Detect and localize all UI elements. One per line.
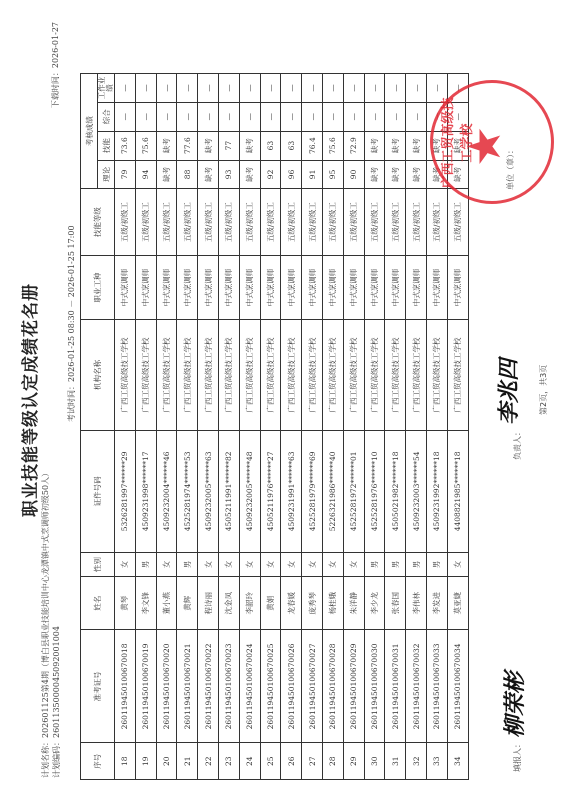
- table-row: 28260119450100670028杨桂娥女5226321986******…: [322, 74, 343, 780]
- header-job: 职业工种: [81, 255, 115, 319]
- star-icon: ★: [461, 126, 507, 167]
- cell-gender: 女: [322, 552, 343, 576]
- cell-name: 沈金凤: [218, 577, 239, 630]
- cell-level: 五级/初级工: [135, 189, 156, 255]
- cell-ticket: 260119450100670018: [115, 630, 136, 743]
- cell-overall: —: [156, 102, 177, 131]
- cell-skill: 缺考: [364, 131, 385, 160]
- cell-name: 程诗丽: [198, 577, 219, 630]
- header-overall: 综合: [98, 102, 115, 131]
- cell-overall: —: [198, 102, 219, 131]
- cell-theory: 91: [302, 160, 323, 189]
- cell-id: 4509232004******46: [156, 430, 177, 552]
- plan-code: 2601135000045092001004: [52, 626, 61, 738]
- cell-name: 李发进: [426, 577, 447, 630]
- responsible: 负责人：: [512, 428, 523, 460]
- cell-seq: 21: [177, 743, 198, 780]
- cell-id: 4509231998******17: [135, 430, 156, 552]
- cell-gender: 男: [364, 552, 385, 576]
- cell-ticket: 260119450100670020: [156, 630, 177, 743]
- cell-gender: 男: [426, 552, 447, 576]
- cell-overall: —: [322, 102, 343, 131]
- cell-level: 五级/初级工: [302, 189, 323, 255]
- exam-time-value: 2026-01-25 08:30 － 2026-01-25 17:00: [67, 225, 76, 382]
- cell-job: 中式烹调师: [260, 255, 281, 319]
- cell-org: 广西工贸高级技工学校: [156, 320, 177, 431]
- cell-overall: —: [302, 102, 323, 131]
- cell-theory: 90: [343, 160, 364, 189]
- cell-seq: 26: [281, 743, 302, 780]
- cell-seq: 25: [260, 743, 281, 780]
- cell-name: 李韶玲: [239, 577, 260, 630]
- cell-seq: 32: [406, 743, 427, 780]
- cell-theory: 缺考: [239, 160, 260, 189]
- cell-org: 广西工贸高级技工学校: [447, 320, 468, 431]
- cell-id: 4509231991******63: [281, 430, 302, 552]
- header-name: 姓名: [81, 577, 115, 630]
- cell-level: 五级/初级工: [385, 189, 406, 255]
- cell-work: —: [281, 74, 302, 103]
- exam-time: 考试时间：2026-01-25 08:30 － 2026-01-25 17:00: [66, 225, 77, 422]
- cell-name: 龙春媛: [281, 577, 302, 630]
- cell-level: 五级/初级工: [218, 189, 239, 255]
- roster-page: 职业技能等级认定成绩花名册 计划名称：202601125第4期（博白县职业技能培…: [0, 0, 566, 800]
- cell-seq: 34: [447, 743, 468, 780]
- cell-work: —: [198, 74, 219, 103]
- cell-theory: 缺考: [385, 160, 406, 189]
- cell-skill: 缺考: [198, 131, 219, 160]
- cell-work: —: [343, 74, 364, 103]
- cell-skill: 76.4: [302, 131, 323, 160]
- cell-org: 广西工贸高级技工学校: [135, 320, 156, 431]
- cell-id: 4525281979******69: [302, 430, 323, 552]
- cell-gender: 女: [218, 552, 239, 576]
- cell-level: 五级/初级工: [115, 189, 136, 255]
- cell-skill: 63: [281, 131, 302, 160]
- cell-id: 4509232005******48: [239, 430, 260, 552]
- cell-seq: 23: [218, 743, 239, 780]
- cell-work: —: [385, 74, 406, 103]
- cell-seq: 30: [364, 743, 385, 780]
- cell-ticket: 260119450100670024: [239, 630, 260, 743]
- cell-job: 中式烹调师: [385, 255, 406, 319]
- cell-ticket: 260119450100670023: [218, 630, 239, 743]
- plan-name: 202601125第4期（博白县职业技能培训中心龙潭镇中式烹调师初级50人）: [41, 469, 50, 738]
- cell-id: 5226321986******40: [322, 430, 343, 552]
- cell-overall: —: [364, 102, 385, 131]
- cell-theory: 79: [115, 160, 136, 189]
- cell-skill: 缺考: [406, 131, 427, 160]
- header-scores-group: 考核成绩: [81, 74, 98, 189]
- cell-seq: 33: [426, 743, 447, 780]
- cell-job: 中式烹调师: [135, 255, 156, 319]
- cell-seq: 28: [322, 743, 343, 780]
- cell-level: 五级/初级工: [239, 189, 260, 255]
- cell-seq: 27: [302, 743, 323, 780]
- cell-overall: —: [343, 102, 364, 131]
- cell-gender: 男: [177, 552, 198, 576]
- cell-id: 4509232003******54: [406, 430, 427, 552]
- cell-gender: 男: [135, 552, 156, 576]
- table-row: 21260119450100670021黄辉男4525281974******5…: [177, 74, 198, 780]
- cell-theory: 88: [177, 160, 198, 189]
- cell-seq: 18: [115, 743, 136, 780]
- cell-org: 广西工贸高级技工学校: [218, 320, 239, 431]
- cell-skill: 77: [218, 131, 239, 160]
- cell-org: 广西工贸高级技工学校: [343, 320, 364, 431]
- cell-gender: 男: [406, 552, 427, 576]
- table-row: 25260119450100670025黄娟女4505211976******2…: [260, 74, 281, 780]
- cell-job: 中式烹调师: [156, 255, 177, 319]
- cell-ticket: 260119450100670027: [302, 630, 323, 743]
- cell-overall: —: [218, 102, 239, 131]
- cell-name: 黄琴: [115, 577, 136, 630]
- cell-org: 广西工贸高级技工学校: [426, 320, 447, 431]
- header-skill: 技能: [98, 131, 115, 160]
- cell-work: —: [135, 74, 156, 103]
- exam-time-label: 考试时间：: [67, 382, 76, 422]
- cell-id: 4505211991******82: [218, 430, 239, 552]
- cell-overall: —: [260, 102, 281, 131]
- cell-gender: 女: [447, 552, 468, 576]
- cell-theory: 缺考: [406, 160, 427, 189]
- cell-work: —: [302, 74, 323, 103]
- cell-job: 中式烹调师: [406, 255, 427, 319]
- table-row: 19260119450100670019李文锋男4509231998******…: [135, 74, 156, 780]
- cell-overall: —: [239, 102, 260, 131]
- cell-level: 五级/初级工: [447, 189, 468, 255]
- cell-name: 李伟林: [406, 577, 427, 630]
- header-seq: 序号: [81, 743, 115, 780]
- cell-gender: 女: [343, 552, 364, 576]
- plan-info: 计划名称：202601125第4期（博白县职业技能培训中心龙潭镇中式烹调师初级5…: [40, 378, 62, 778]
- cell-ticket: 260119450100670034: [447, 630, 468, 743]
- cell-work: —: [239, 74, 260, 103]
- cell-name: 朱洋静: [343, 577, 364, 630]
- cell-ticket: 260119450100670028: [322, 630, 343, 743]
- cell-gender: 女: [281, 552, 302, 576]
- page-title: 职业技能等级认定成绩花名册: [16, 0, 41, 800]
- cell-job: 中式烹调师: [322, 255, 343, 319]
- cell-overall: —: [406, 102, 427, 131]
- filler-label: 填报人：: [513, 740, 522, 772]
- cell-level: 五级/初级工: [156, 189, 177, 255]
- responsible-label: 负责人：: [513, 428, 522, 460]
- cell-job: 中式烹调师: [115, 255, 136, 319]
- cell-ticket: 260119450100670021: [177, 630, 198, 743]
- header-work: 工作业绩: [98, 74, 115, 103]
- cell-seq: 24: [239, 743, 260, 780]
- table-row: 31260119450100670031张春国男4505021982******…: [385, 74, 406, 780]
- plan-name-label: 计划名称：: [41, 738, 50, 778]
- responsible-signature: 李兆四: [492, 359, 523, 425]
- cell-job: 中式烹调师: [177, 255, 198, 319]
- cell-level: 五级/初级工: [281, 189, 302, 255]
- cell-overall: —: [385, 102, 406, 131]
- cell-ticket: 260119450100670031: [385, 630, 406, 743]
- cell-ticket: 260119450100670033: [426, 630, 447, 743]
- cell-org: 广西工贸高级技工学校: [260, 320, 281, 431]
- cell-level: 五级/初级工: [177, 189, 198, 255]
- cell-seq: 29: [343, 743, 364, 780]
- cell-job: 中式烹调师: [447, 255, 468, 319]
- cell-name: 李少龙: [364, 577, 385, 630]
- roster-body: 18260119450100670018黄琴女5326281997******2…: [115, 74, 469, 780]
- cell-org: 广西工贸高级技工学校: [385, 320, 406, 431]
- official-seal: 广西工贸高级技工学校 ★: [430, 80, 554, 204]
- cell-theory: 95: [322, 160, 343, 189]
- cell-seq: 19: [135, 743, 156, 780]
- cell-work: —: [115, 74, 136, 103]
- header-level: 技能等级: [81, 189, 115, 255]
- roster-table: 序号 准考证号 姓名 性别 证件号码 机构名称 职业工种 技能等级 考核成绩 理…: [80, 73, 469, 780]
- download-time-value: 2026-01-27: [51, 22, 60, 68]
- cell-name: 庞秀琴: [302, 577, 323, 630]
- cell-overall: —: [281, 102, 302, 131]
- cell-theory: 缺考: [156, 160, 177, 189]
- cell-theory: 93: [218, 160, 239, 189]
- cell-gender: 女: [198, 552, 219, 576]
- cell-id: 5326281997******29: [115, 430, 136, 552]
- cell-overall: —: [177, 102, 198, 131]
- cell-level: 五级/初级工: [322, 189, 343, 255]
- cell-org: 广西工贸高级技工学校: [239, 320, 260, 431]
- cell-name: 黄辉: [177, 577, 198, 630]
- cell-theory: 94: [135, 160, 156, 189]
- cell-skill: 72.9: [343, 131, 364, 160]
- filler-signature: 柳荣彬: [498, 672, 529, 738]
- cell-skill: 75.6: [322, 131, 343, 160]
- table-row: 18260119450100670018黄琴女5326281997******2…: [115, 74, 136, 780]
- cell-overall: —: [135, 102, 156, 131]
- cell-id: 4408821985******18: [447, 430, 468, 552]
- cell-theory: 92: [260, 160, 281, 189]
- cell-skill: 缺考: [156, 131, 177, 160]
- cell-ticket: 260119450100670029: [343, 630, 364, 743]
- cell-work: —: [406, 74, 427, 103]
- cell-overall: —: [115, 102, 136, 131]
- cell-id: 4525281976******10: [364, 430, 385, 552]
- cell-work: —: [177, 74, 198, 103]
- cell-job: 中式烹调师: [364, 255, 385, 319]
- cell-name: 杨桂娥: [322, 577, 343, 630]
- cell-name: 黄娟: [260, 577, 281, 630]
- cell-level: 五级/初级工: [426, 189, 447, 255]
- cell-work: —: [218, 74, 239, 103]
- cell-gender: 男: [385, 552, 406, 576]
- cell-skill: 缺考: [385, 131, 406, 160]
- download-time: 下载时间：2026-01-27: [50, 22, 61, 108]
- plan-code-label: 计划编码：: [52, 738, 61, 778]
- cell-gender: 女: [239, 552, 260, 576]
- cell-name: 李文锋: [135, 577, 156, 630]
- cell-org: 广西工贸高级技工学校: [115, 320, 136, 431]
- table-row: 29260119450100670029朱洋静女4525281972******…: [343, 74, 364, 780]
- cell-id: 4505021982******18: [385, 430, 406, 552]
- cell-theory: 缺考: [364, 160, 385, 189]
- cell-job: 中式烹调师: [302, 255, 323, 319]
- cell-job: 中式烹调师: [218, 255, 239, 319]
- cell-ticket: 260119450100670030: [364, 630, 385, 743]
- cell-skill: 77.6: [177, 131, 198, 160]
- cell-level: 五级/初级工: [364, 189, 385, 255]
- table-row: 22260119450100670022程诗丽女4509232005******…: [198, 74, 219, 780]
- cell-id: 4505211976******27: [260, 430, 281, 552]
- cell-job: 中式烹调师: [281, 255, 302, 319]
- cell-name: 张春国: [385, 577, 406, 630]
- cell-org: 广西工贸高级技工学校: [406, 320, 427, 431]
- cell-level: 五级/初级工: [198, 189, 219, 255]
- table-row: 30260119450100670030李少龙男4525281976******…: [364, 74, 385, 780]
- cell-work: —: [156, 74, 177, 103]
- cell-id: 4509232005******63: [198, 430, 219, 552]
- cell-gender: 女: [302, 552, 323, 576]
- header-ticket: 准考证号: [81, 630, 115, 743]
- cell-name: 董小燕: [156, 577, 177, 630]
- header-org: 机构名称: [81, 320, 115, 431]
- cell-theory: 96: [281, 160, 302, 189]
- cell-id: 4525281972******01: [343, 430, 364, 552]
- table-row: 27260119450100670027庞秀琴女4525281979******…: [302, 74, 323, 780]
- cell-seq: 31: [385, 743, 406, 780]
- cell-ticket: 260119450100670026: [281, 630, 302, 743]
- cell-level: 五级/初级工: [406, 189, 427, 255]
- cell-job: 中式烹调师: [426, 255, 447, 319]
- download-time-label: 下载时间：: [51, 68, 60, 108]
- header-theory: 理论: [98, 160, 115, 189]
- cell-id: 4509231992******18: [426, 430, 447, 552]
- cell-level: 五级/初级工: [260, 189, 281, 255]
- cell-org: 广西工贸高级技工学校: [281, 320, 302, 431]
- cell-ticket: 260119450100670025: [260, 630, 281, 743]
- cell-work: —: [260, 74, 281, 103]
- cell-org: 广西工贸高级技工学校: [302, 320, 323, 431]
- cell-gender: 女: [115, 552, 136, 576]
- cell-id: 4525281974******53: [177, 430, 198, 552]
- cell-org: 广西工贸高级技工学校: [364, 320, 385, 431]
- cell-theory: 缺考: [198, 160, 219, 189]
- cell-ticket: 260119450100670022: [198, 630, 219, 743]
- cell-job: 中式烹调师: [343, 255, 364, 319]
- cell-org: 广西工贸高级技工学校: [322, 320, 343, 431]
- cell-level: 五级/初级工: [343, 189, 364, 255]
- cell-skill: 73.6: [115, 131, 136, 160]
- cell-skill: 缺考: [239, 131, 260, 160]
- cell-org: 广西工贸高级技工学校: [177, 320, 198, 431]
- table-row: 32260119450100670032李伟林男4509232003******…: [406, 74, 427, 780]
- table-row: 24260119450100670024李韶玲女4509232005******…: [239, 74, 260, 780]
- table-row: 23260119450100670023沈金凤女4505211991******…: [218, 74, 239, 780]
- cell-job: 中式烹调师: [198, 255, 219, 319]
- table-row: 20260119450100670020董小燕女4509232004******…: [156, 74, 177, 780]
- cell-skill: 75.6: [135, 131, 156, 160]
- table-row: 26260119450100670026龙春媛女4509231991******…: [281, 74, 302, 780]
- cell-gender: 女: [156, 552, 177, 576]
- cell-org: 广西工贸高级技工学校: [198, 320, 219, 431]
- filler: 填报人：: [512, 740, 523, 772]
- cell-work: —: [364, 74, 385, 103]
- cell-seq: 20: [156, 743, 177, 780]
- cell-job: 中式烹调师: [239, 255, 260, 319]
- cell-name: 莫亚婕: [447, 577, 468, 630]
- header-gender: 性别: [81, 552, 115, 576]
- header-id: 证件号码: [81, 430, 115, 552]
- cell-ticket: 260119450100670019: [135, 630, 156, 743]
- page-info: 第2页，共3页: [538, 365, 549, 415]
- cell-seq: 22: [198, 743, 219, 780]
- cell-gender: 女: [260, 552, 281, 576]
- cell-work: —: [322, 74, 343, 103]
- cell-skill: 63: [260, 131, 281, 160]
- cell-ticket: 260119450100670032: [406, 630, 427, 743]
